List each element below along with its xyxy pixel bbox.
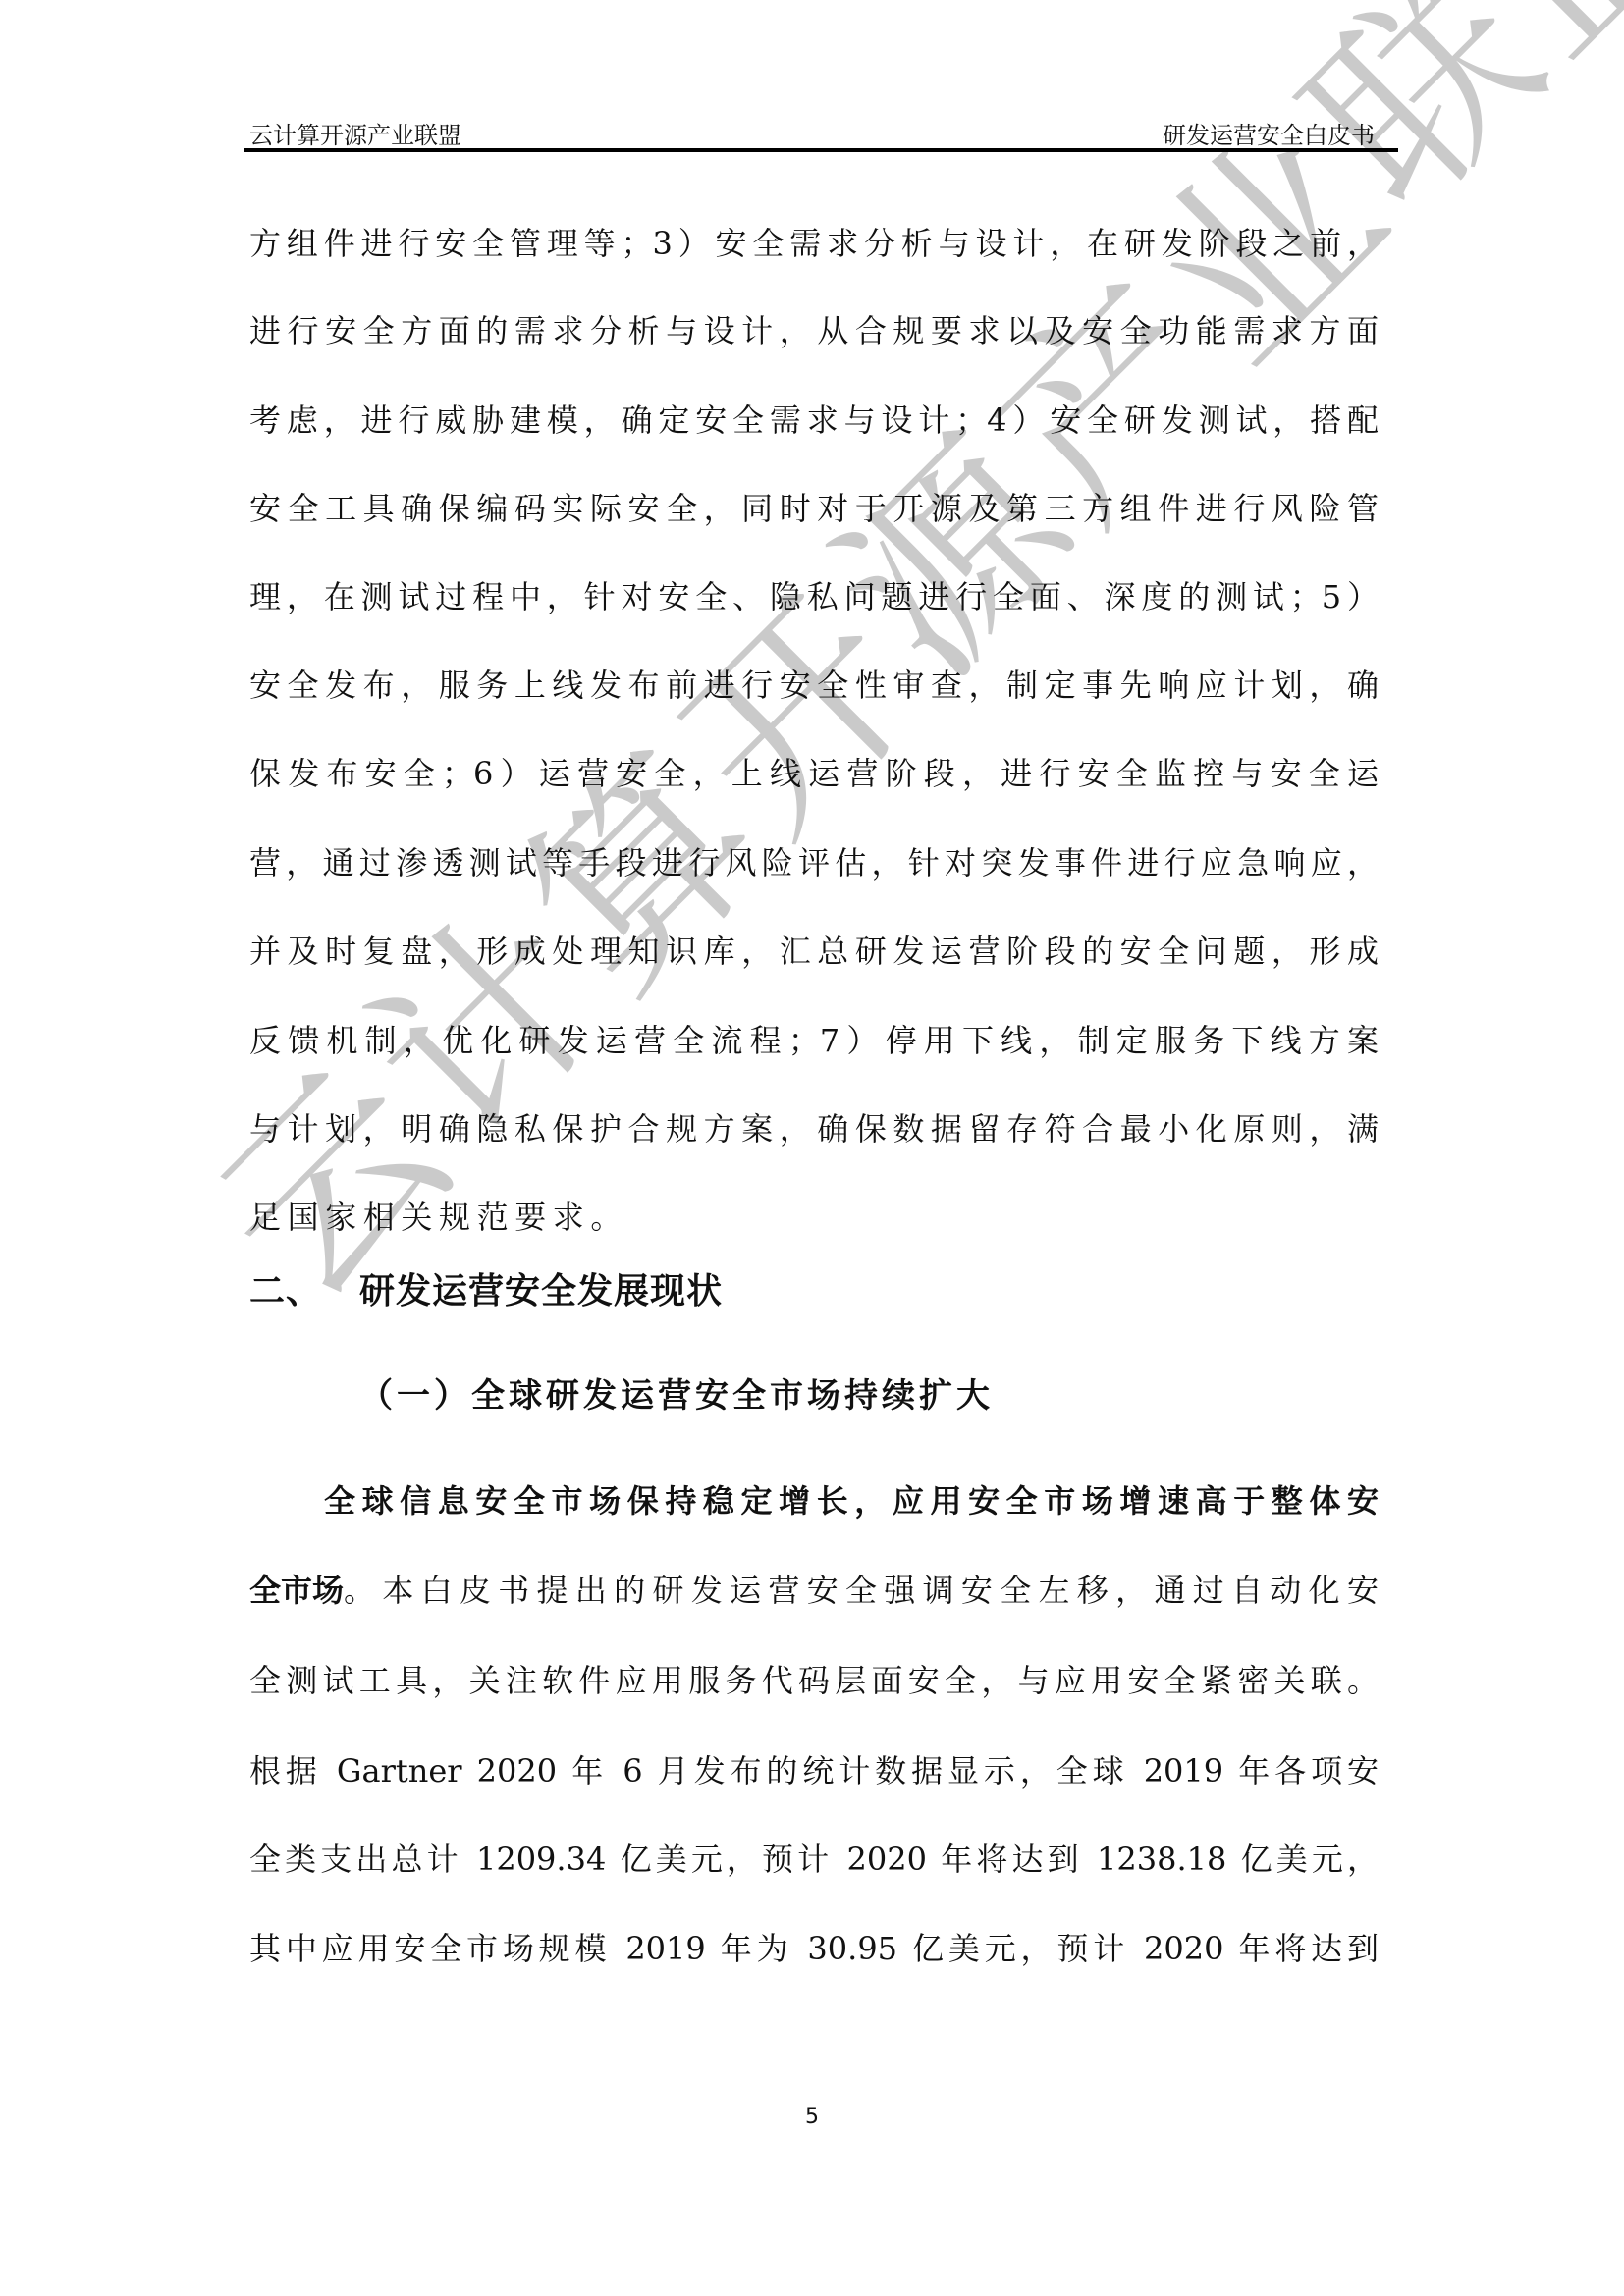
text-line: 其中应用安全市场规模 2019 年为 30.95 亿美元，预计 2020 年将达… <box>249 1929 1379 1968</box>
text-line: 进行安全方面的需求分析与设计，从合规要求以及安全功能需求方面 <box>249 311 1379 350</box>
header-organization: 云计算开源产业联盟 <box>249 116 461 150</box>
text-line: 全测试工具，关注软件应用服务代码层面安全，与应用安全紧密关联。 <box>249 1661 1379 1700</box>
text-line: 与计划，明确隐私保护合规方案，确保数据留存符合最小化原则，满 <box>249 1109 1379 1148</box>
text-line: 安全工具确保编码实际安全，同时对于开源及第三方组件进行风险管 <box>249 489 1379 528</box>
text-line: 根据 Gartner 2020 年 6 月发布的统计数据显示，全球 2019 年… <box>249 1751 1379 1790</box>
text-line: 全类支出总计 1209.34 亿美元，预计 2020 年将达到 1238.18 … <box>249 1840 1379 1879</box>
text-line: 保发布安全；6）运营安全，上线运营阶段，进行安全监控与安全运 <box>249 754 1379 793</box>
text-line: 考虑，进行威胁建模，确定安全需求与设计；4）安全研发测试，搭配 <box>249 400 1379 440</box>
section-title: 研发运营安全发展现状 <box>359 1271 723 1311</box>
text-line: 反馈机制，优化研发运营全流程；7）停用下线，制定服务下线方案 <box>249 1021 1379 1060</box>
text-line: 安全发布，服务上线发布前进行安全性审查，制定事先响应计划，确 <box>249 666 1379 705</box>
text-line: 方组件进行安全管理等；3）安全需求分析与设计，在研发阶段之前， <box>249 224 1379 263</box>
bold-lead-tail: 全市场 <box>249 1571 344 1610</box>
subsection-heading: （一）全球研发运营安全市场持续扩大 <box>359 1368 994 1416</box>
text-line: 全市场。本白皮书提出的研发运营安全强调安全左移，通过自动化安 <box>249 1571 1379 1610</box>
bold-lead-line: 全球信息安全市场保持稳定增长，应用安全市场增速高于整体安 <box>324 1481 1379 1521</box>
text-line: 理，在测试过程中，针对安全、隐私问题进行全面、深度的测试；5） <box>249 577 1379 616</box>
text-line: 并及时复盘，形成处理知识库，汇总研发运营阶段的安全问题，形成 <box>249 932 1379 971</box>
text-line-rest: 。本白皮书提出的研发运营安全强调安全左移，通过自动化安 <box>344 1571 1379 1610</box>
page-number: 5 <box>0 2105 1624 2129</box>
header-rule <box>244 148 1398 152</box>
text-line: 足国家相关规范要求。 <box>249 1198 1379 1237</box>
section-heading: 二、研发运营安全发展现状 <box>249 1263 723 1313</box>
header-document-title: 研发运营安全白皮书 <box>1163 116 1375 150</box>
text-line: 营，通过渗透测试等手段进行风险评估，针对突发事件进行应急响应， <box>249 843 1379 882</box>
section-number: 二、 <box>249 1263 359 1313</box>
